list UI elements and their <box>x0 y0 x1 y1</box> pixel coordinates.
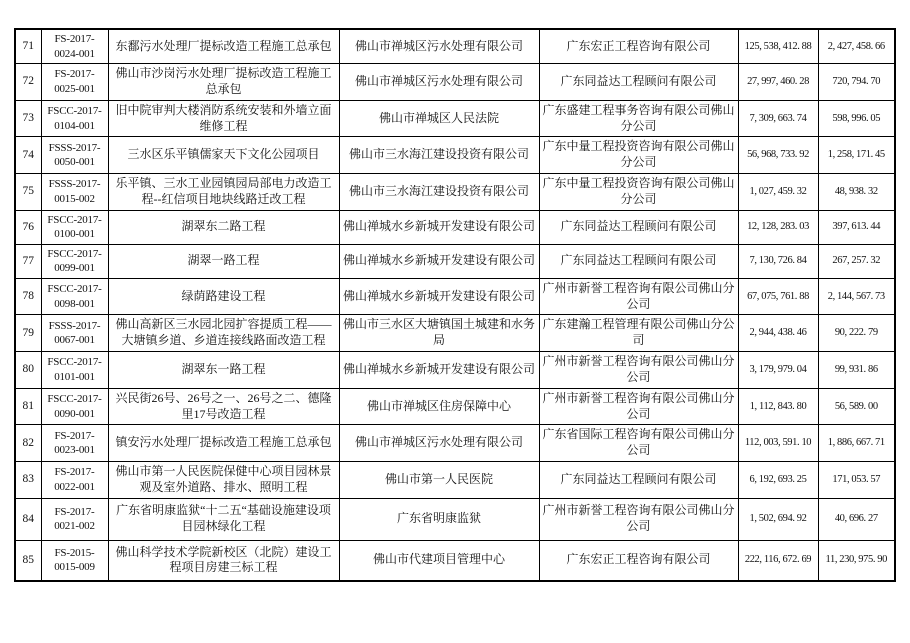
project-name: 湖翠东一路工程 <box>108 352 339 389</box>
project-name: 湖翠东二路工程 <box>108 210 339 244</box>
table-row: 75FSSS-2017-0015-002乐平镇、三水工业园镇园局部电力改造工程-… <box>15 174 895 211</box>
consulting-fee: 397, 613. 44 <box>818 210 895 244</box>
client-org: 佛山市禅城区人民法院 <box>339 100 539 137</box>
consulting-firm: 广州市新誉工程咨询有限公司佛山分公司 <box>539 352 738 389</box>
consulting-firm: 广东省国际工程咨询有限公司佛山分公司 <box>539 425 738 462</box>
project-id: FS-2017-0025-001 <box>41 64 108 101</box>
client-org: 佛山禅城水乡新城开发建设有限公司 <box>339 210 539 244</box>
table-row: 74FSSS-2017-0050-001三水区乐平镇儒家天下文化公园项目佛山市三… <box>15 137 895 174</box>
consulting-firm: 广东宏正工程咨询有限公司 <box>539 29 738 64</box>
consulting-fee: 2, 427, 458. 66 <box>818 29 895 64</box>
consulting-firm: 广州市新誉工程咨询有限公司佛山分公司 <box>539 388 738 425</box>
contract-amount: 3, 179, 979. 04 <box>738 352 818 389</box>
contract-amount: 56, 968, 733. 92 <box>738 137 818 174</box>
client-org: 佛山市禅城区污水处理有限公司 <box>339 64 539 101</box>
contract-amount: 1, 112, 843. 80 <box>738 388 818 425</box>
row-number: 85 <box>15 540 41 581</box>
row-number: 80 <box>15 352 41 389</box>
client-org: 佛山禅城水乡新城开发建设有限公司 <box>339 352 539 389</box>
table-row: 78FSCC-2017-0098-001绿荫路建设工程佛山禅城水乡新城开发建设有… <box>15 278 895 315</box>
table-row: 77FSCC-2017-0099-001湖翠一路工程佛山禅城水乡新城开发建设有限… <box>15 244 895 278</box>
project-id: FSSS-2017-0067-001 <box>41 315 108 352</box>
project-name: 东鄱污水处理厂提标改造工程施工总承包 <box>108 29 339 64</box>
client-org: 佛山市三水海江建设投资有限公司 <box>339 174 539 211</box>
project-name: 乐平镇、三水工业园镇园局部电力改造工程--红信项目地块线路迁改工程 <box>108 174 339 211</box>
consulting-firm: 广东宏正工程咨询有限公司 <box>539 540 738 581</box>
project-id: FS-2017-0022-001 <box>41 462 108 499</box>
projects-table-body: 71FS-2017-0024-001东鄱污水处理厂提标改造工程施工总承包佛山市禅… <box>15 29 895 581</box>
project-id: FSCC-2017-0090-001 <box>41 388 108 425</box>
project-id: FS-2017-0021-002 <box>41 498 108 540</box>
contract-amount: 2, 944, 438. 46 <box>738 315 818 352</box>
client-org: 佛山市禅城区污水处理有限公司 <box>339 29 539 64</box>
contract-amount: 27, 997, 460. 28 <box>738 64 818 101</box>
project-id: FSCC-2017-0098-001 <box>41 278 108 315</box>
consulting-fee: 2, 144, 567. 73 <box>818 278 895 315</box>
table-row: 80FSCC-2017-0101-001湖翠东一路工程佛山禅城水乡新城开发建设有… <box>15 352 895 389</box>
table-row: 81FSCC-2017-0090-001兴民街26号、26号之一、26号之二、德… <box>15 388 895 425</box>
row-number: 75 <box>15 174 41 211</box>
row-number: 77 <box>15 244 41 278</box>
project-id: FSCC-2017-0099-001 <box>41 244 108 278</box>
row-number: 79 <box>15 315 41 352</box>
table-row: 79FSSS-2017-0067-001佛山高新区三水园北园扩容提质工程——大塘… <box>15 315 895 352</box>
project-name: 三水区乐平镇儒家天下文化公园项目 <box>108 137 339 174</box>
consulting-fee: 1, 886, 667. 71 <box>818 425 895 462</box>
consulting-firm: 广东同益达工程顾问有限公司 <box>539 244 738 278</box>
contract-amount: 1, 502, 694. 92 <box>738 498 818 540</box>
table-row: 73FSCC-2017-0104-001旧中院审判大楼消防系统安装和外墙立面维修… <box>15 100 895 137</box>
client-org: 佛山市第一人民医院 <box>339 462 539 499</box>
consulting-fee: 171, 053. 57 <box>818 462 895 499</box>
consulting-firm: 广州市新誉工程咨询有限公司佛山分公司 <box>539 278 738 315</box>
project-name: 广东省明康监狱“十二五“基础设施建设项目园林绿化工程 <box>108 498 339 540</box>
table-row: 84FS-2017-0021-002广东省明康监狱“十二五“基础设施建设项目园林… <box>15 498 895 540</box>
contract-amount: 6, 192, 693. 25 <box>738 462 818 499</box>
project-id: FSCC-2017-0100-001 <box>41 210 108 244</box>
row-number: 71 <box>15 29 41 64</box>
consulting-fee: 56, 589. 00 <box>818 388 895 425</box>
project-name: 佛山市沙岗污水处理厂提标改造工程施工总承包 <box>108 64 339 101</box>
project-name: 兴民街26号、26号之一、26号之二、德隆里17号改造工程 <box>108 388 339 425</box>
project-id: FSSS-2017-0050-001 <box>41 137 108 174</box>
table-row: 82FS-2017-0023-001镇安污水处理厂提标改造工程施工总承包佛山市禅… <box>15 425 895 462</box>
table-row: 71FS-2017-0024-001东鄱污水处理厂提标改造工程施工总承包佛山市禅… <box>15 29 895 64</box>
contract-amount: 125, 538, 412. 88 <box>738 29 818 64</box>
row-number: 84 <box>15 498 41 540</box>
contract-amount: 222, 116, 672. 69 <box>738 540 818 581</box>
project-name: 佛山高新区三水园北园扩容提质工程——大塘镇乡道、乡道连接线路面改造工程 <box>108 315 339 352</box>
row-number: 81 <box>15 388 41 425</box>
consulting-firm: 广东建瀚工程管理有限公司佛山分公司 <box>539 315 738 352</box>
table-row: 83FS-2017-0022-001佛山市第一人民医院保健中心项目园林景观及室外… <box>15 462 895 499</box>
project-name: 旧中院审判大楼消防系统安装和外墙立面维修工程 <box>108 100 339 137</box>
table-row: 85FS-2015-0015-009佛山科学技术学院新校区（北院）建设工程项目房… <box>15 540 895 581</box>
client-org: 佛山禅城水乡新城开发建设有限公司 <box>339 244 539 278</box>
table-row: 72FS-2017-0025-001佛山市沙岗污水处理厂提标改造工程施工总承包佛… <box>15 64 895 101</box>
consulting-fee: 90, 222. 79 <box>818 315 895 352</box>
consulting-fee: 1, 258, 171. 45 <box>818 137 895 174</box>
project-id: FSCC-2017-0101-001 <box>41 352 108 389</box>
consulting-fee: 598, 996. 05 <box>818 100 895 137</box>
consulting-firm: 广东中量工程投资咨询有限公司佛山分公司 <box>539 137 738 174</box>
project-id: FS-2017-0023-001 <box>41 425 108 462</box>
projects-table: 71FS-2017-0024-001东鄱污水处理厂提标改造工程施工总承包佛山市禅… <box>14 28 896 582</box>
consulting-firm: 广东盛建工程事务咨询有限公司佛山分公司 <box>539 100 738 137</box>
contract-amount: 7, 309, 663. 74 <box>738 100 818 137</box>
row-number: 72 <box>15 64 41 101</box>
project-id: FSSS-2017-0015-002 <box>41 174 108 211</box>
consulting-firm: 广东同益达工程顾问有限公司 <box>539 210 738 244</box>
row-number: 83 <box>15 462 41 499</box>
client-org: 佛山禅城水乡新城开发建设有限公司 <box>339 278 539 315</box>
row-number: 74 <box>15 137 41 174</box>
contract-amount: 12, 128, 283. 03 <box>738 210 818 244</box>
consulting-firm: 广东同益达工程顾问有限公司 <box>539 462 738 499</box>
consulting-fee: 267, 257. 32 <box>818 244 895 278</box>
client-org: 佛山市三水区大塘镇国土城建和水务局 <box>339 315 539 352</box>
row-number: 76 <box>15 210 41 244</box>
client-org: 佛山市禅城区住房保障中心 <box>339 388 539 425</box>
row-number: 73 <box>15 100 41 137</box>
document-page: 71FS-2017-0024-001东鄱污水处理厂提标改造工程施工总承包佛山市禅… <box>0 0 910 643</box>
client-org: 佛山市禅城区污水处理有限公司 <box>339 425 539 462</box>
project-name: 佛山科学技术学院新校区（北院）建设工程项目房建三标工程 <box>108 540 339 581</box>
project-name: 湖翠一路工程 <box>108 244 339 278</box>
project-id: FSCC-2017-0104-001 <box>41 100 108 137</box>
consulting-fee: 720, 794. 70 <box>818 64 895 101</box>
consulting-firm: 广东中量工程投资咨询有限公司佛山分公司 <box>539 174 738 211</box>
consulting-firm: 广东同益达工程顾问有限公司 <box>539 64 738 101</box>
consulting-fee: 11, 230, 975. 90 <box>818 540 895 581</box>
client-org: 佛山市三水海江建设投资有限公司 <box>339 137 539 174</box>
project-id: FS-2015-0015-009 <box>41 540 108 581</box>
consulting-firm: 广州市新誉工程咨询有限公司佛山分公司 <box>539 498 738 540</box>
client-org: 佛山市代建项目管理中心 <box>339 540 539 581</box>
row-number: 78 <box>15 278 41 315</box>
consulting-fee: 99, 931. 86 <box>818 352 895 389</box>
contract-amount: 1, 027, 459. 32 <box>738 174 818 211</box>
contract-amount: 67, 075, 761. 88 <box>738 278 818 315</box>
row-number: 82 <box>15 425 41 462</box>
consulting-fee: 40, 696. 27 <box>818 498 895 540</box>
project-id: FS-2017-0024-001 <box>41 29 108 64</box>
project-name: 佛山市第一人民医院保健中心项目园林景观及室外道路、排水、照明工程 <box>108 462 339 499</box>
client-org: 广东省明康监狱 <box>339 498 539 540</box>
project-name: 绿荫路建设工程 <box>108 278 339 315</box>
table-row: 76FSCC-2017-0100-001湖翠东二路工程佛山禅城水乡新城开发建设有… <box>15 210 895 244</box>
consulting-fee: 48, 938. 32 <box>818 174 895 211</box>
contract-amount: 112, 003, 591. 10 <box>738 425 818 462</box>
project-name: 镇安污水处理厂提标改造工程施工总承包 <box>108 425 339 462</box>
contract-amount: 7, 130, 726. 84 <box>738 244 818 278</box>
